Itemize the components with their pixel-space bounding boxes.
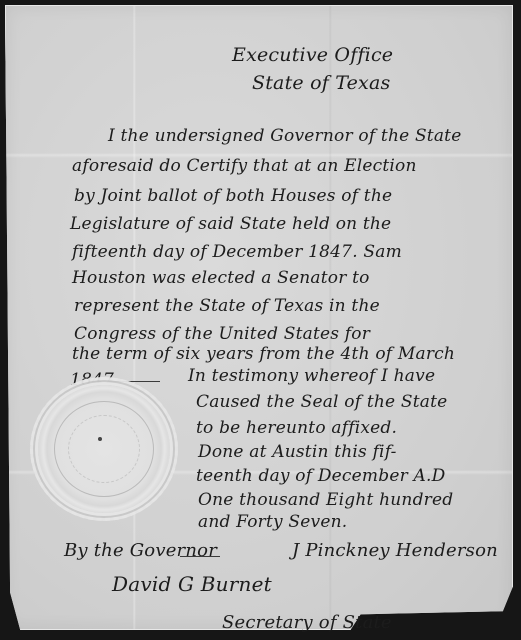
testimonium-line-5: teenth day of December A.D [196,466,445,486]
heading-executive-office: Executive Office [232,44,393,66]
body-line-3: by Joint ballot of both Houses of the [74,186,392,206]
testimonium-line-6: One thousand Eight hundred [198,490,453,510]
body-line-4: Legislature of said State held on the [70,214,391,234]
governor-signature: J Pinckney Henderson [292,540,498,561]
body-line-5: fifteenth day of December 1847. Sam [72,242,402,262]
secretary-of-state-title: Secretary of State [222,612,392,633]
document-page [5,5,513,630]
seal-center-mark [98,437,102,441]
body-line-9: the term of six years from the 4th of Ma… [72,344,455,364]
secretary-signature: David G Burnet [112,572,272,596]
heading-state-of-texas: State of Texas [252,72,390,94]
body-line-7: represent the State of Texas in the [74,296,380,316]
body-line-6: Houston was elected a Senator to [72,268,370,288]
governor-flourish-line [180,556,220,557]
testimonium-line-7: and Forty Seven. [198,512,347,532]
testimonium-line-3: to be hereunto affixed. [196,418,397,438]
body-line-2: aforesaid do Certify that at an Election [72,156,417,176]
body-line-1: I the undersigned Governor of the State [108,126,461,146]
state-seal [38,385,170,513]
testimonium-line-4: Done at Austin this fif- [198,442,397,462]
body-line-8: Congress of the United States for [74,324,370,344]
by-the-governor-label: By the Governor [64,540,217,561]
testimonium-line-2: Caused the Seal of the State [196,392,447,412]
testimonium-line-1: In testimony whereof I have [188,366,435,386]
scan-frame: Executive Office State of Texas I the un… [0,0,521,640]
